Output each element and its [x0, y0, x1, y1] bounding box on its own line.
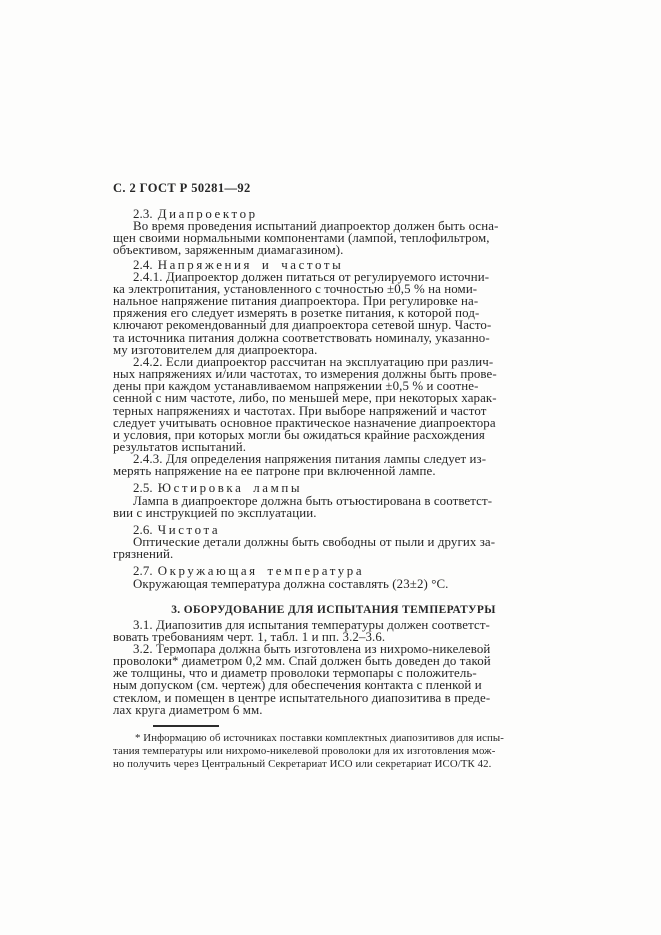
- paragraph-2-4-2: 2.4.2. Если диапроектор рассчитан на экс…: [113, 356, 554, 453]
- paragraph-2-4-1: 2.4.1. Диапроектор должен питаться от ре…: [113, 271, 554, 356]
- section-3-title: 3. ОБОРУДОВАНИЕ ДЛЯ ИСПЫТАНИЯ ТЕМПЕРАТУР…: [113, 604, 554, 617]
- paragraph-2-4-3: 2.4.3. Для определения напряжения питани…: [113, 453, 554, 477]
- clause-2-5-heading: 2.5.Юстировка лампы: [113, 482, 554, 494]
- clause-2-7-body: Окружающая температура должна составлять…: [113, 578, 554, 590]
- paragraph-3-1: 3.1. Диапозитив для испытания температур…: [113, 619, 554, 643]
- clause-2-6-body: Оптические детали должны быть свободны о…: [113, 536, 554, 560]
- footnote-text: * Информацию об источниках поставки комп…: [113, 732, 554, 770]
- footnote-divider: [153, 725, 219, 727]
- document-page: С. 2 ГОСТ Р 50281—92 2.3.Диапроектор Во …: [0, 0, 661, 935]
- clause-2-5-body: Лампа в диапроекторе должна быть отъюсти…: [113, 495, 554, 519]
- clause-2-3-body: Во время проведения испытаний диапроекто…: [113, 220, 554, 256]
- page-content: С. 2 ГОСТ Р 50281—92 2.3.Диапроектор Во …: [113, 182, 554, 770]
- clause-2-7-heading: 2.7.Окружающая температура: [113, 565, 554, 577]
- clause-2-4-heading: 2.4.Напряжения и частоты: [113, 259, 554, 271]
- paragraph-3-2: 3.2. Термопара должна быть изготовлена и…: [113, 643, 554, 716]
- page-header: С. 2 ГОСТ Р 50281—92: [113, 182, 554, 195]
